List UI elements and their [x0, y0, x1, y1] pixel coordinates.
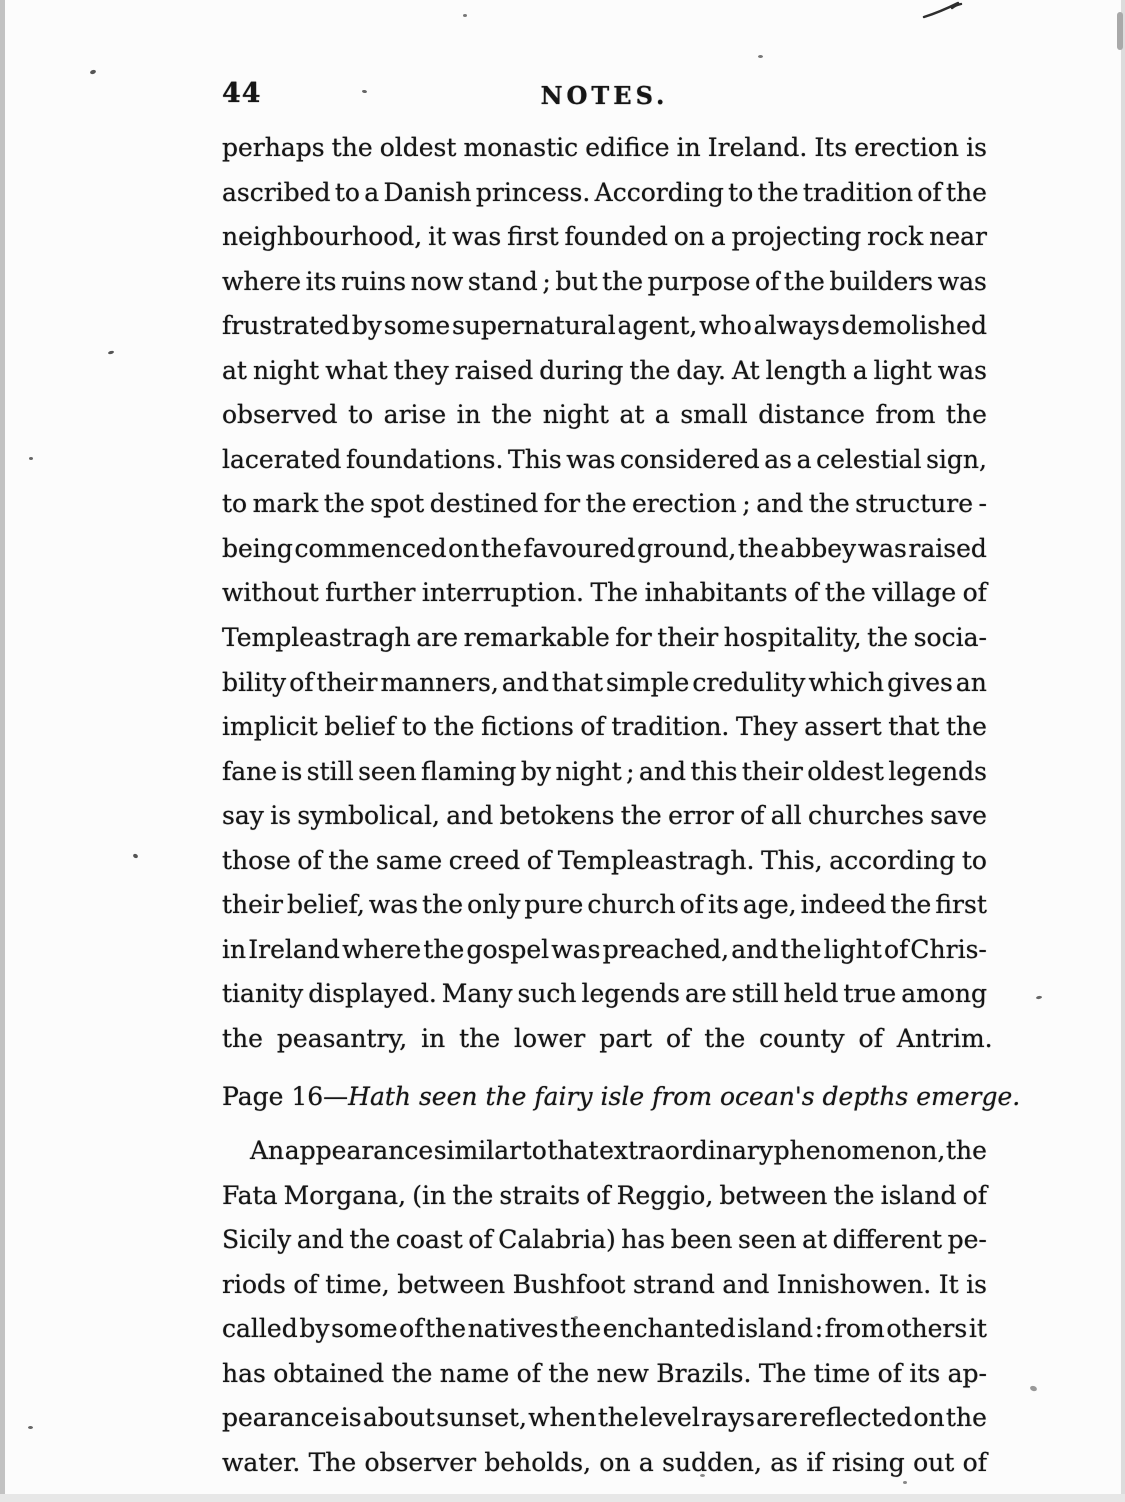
scan-speck — [463, 14, 467, 17]
text-line: bilityoftheirmanners,andthatsimplecredul… — [222, 668, 987, 713]
running-header: NOTES. — [222, 81, 987, 110]
text-line: perhapstheoldestmonasticedificeinIreland… — [222, 133, 987, 178]
text-line: laceratedfoundations.Thiswasconsideredas… — [222, 445, 987, 490]
note-heading-quote: Hath seen the fairy isle from ocean's de… — [348, 1082, 1020, 1111]
text-line: atnightwhattheyraisedduringtheday.Atleng… — [222, 356, 987, 401]
text-line: hasobtainedthenameofthenewBrazils.Thetim… — [222, 1359, 987, 1404]
scan-speck — [29, 457, 33, 460]
scan-speck — [700, 1474, 705, 1477]
scan-edge-right — [1121, 0, 1125, 1502]
paragraph-fata-morgana: Anappearancesimilartothatextraordinaryph… — [222, 1136, 987, 1492]
text-line: whereitsruinsnowstand;butthepurposeofthe… — [222, 267, 987, 312]
paragraph-templeastragh: perhapstheoldestmonasticedificeinIreland… — [222, 133, 987, 1068]
text-line: implicitbelieftothefictionsoftradition.T… — [222, 712, 987, 757]
note-heading-page-ref: Page 16— — [222, 1082, 348, 1111]
text-line: neighbourhood,itwasfirstfoundedonaprojec… — [222, 222, 987, 267]
book-page: 44 NOTES. perhapstheoldestmonasticedific… — [0, 0, 1125, 1502]
scan-speck — [758, 55, 763, 58]
text-line: inIrelandwherethegospelwaspreached,andth… — [222, 935, 987, 980]
text-line: Anappearancesimilartothatextraordinaryph… — [222, 1136, 987, 1181]
text-line: calledbysomeofthenativestheenchantedisla… — [222, 1314, 987, 1359]
scan-speck — [362, 90, 367, 94]
text-line: SicilyandthecoastofCalabria)hasbeenseena… — [222, 1225, 987, 1270]
text-line: sayissymbolical,andbetokenstheerrorofall… — [222, 801, 987, 846]
text-line: tianitydisplayed.Manysuchlegendsarestill… — [222, 979, 987, 1024]
text-line: the peasantry, in the lower part of the … — [222, 1024, 987, 1069]
scan-speck — [903, 1481, 907, 1484]
text-line: riodsoftime,betweenBushfootstrandandInni… — [222, 1270, 987, 1315]
scan-edge-left — [0, 0, 5, 1502]
text-line: pearanceisaboutsunset,whenthelevelraysar… — [222, 1403, 987, 1448]
scan-speck — [1036, 996, 1042, 1000]
scan-edge-bottom — [0, 1494, 1125, 1502]
text-line: observedtoariseinthenightatasmalldistanc… — [222, 400, 987, 445]
text-line: FataMorgana,(inthestraitsofReggio,betwee… — [222, 1181, 987, 1226]
text-line: Templeastraghareremarkablefortheirhospit… — [222, 623, 987, 668]
text-line: frustratedbysomesupernaturalagent,whoalw… — [222, 311, 987, 356]
scan-speck — [132, 853, 138, 859]
text-line: withoutfurtherinterruption.Theinhabitant… — [222, 578, 987, 623]
text-line: ascribedtoaDanishprincess.Accordingtothe… — [222, 178, 987, 223]
scan-edge-smudge — [1117, 12, 1123, 50]
scan-speck — [1029, 1385, 1037, 1392]
scan-speck — [89, 69, 96, 75]
text-line: faneisstillseenflamingbynight;andthisthe… — [222, 757, 987, 802]
scan-speck — [28, 1426, 33, 1429]
text-line: tomarkthespotdestinedfortheerection;andt… — [222, 489, 987, 534]
scan-speck — [574, 1316, 578, 1319]
text-line: beingcommencedonthefavouredground,theabb… — [222, 534, 987, 579]
text-line: theirbelief,wastheonlypurechurchofitsage… — [222, 890, 987, 935]
text-line: water.Theobserverbeholds,onasudden,asifr… — [222, 1448, 987, 1493]
page-header: 44 NOTES. — [222, 78, 987, 118]
scan-speck — [108, 350, 115, 354]
text-line: thoseofthesamecreedofTempleastragh.This,… — [222, 846, 987, 891]
note-heading: Page 16—Hath seen the fairy isle from oc… — [222, 1082, 987, 1127]
pen-stroke-mark — [922, 0, 964, 20]
body-text: perhapstheoldestmonasticedificeinIreland… — [222, 133, 987, 1492]
